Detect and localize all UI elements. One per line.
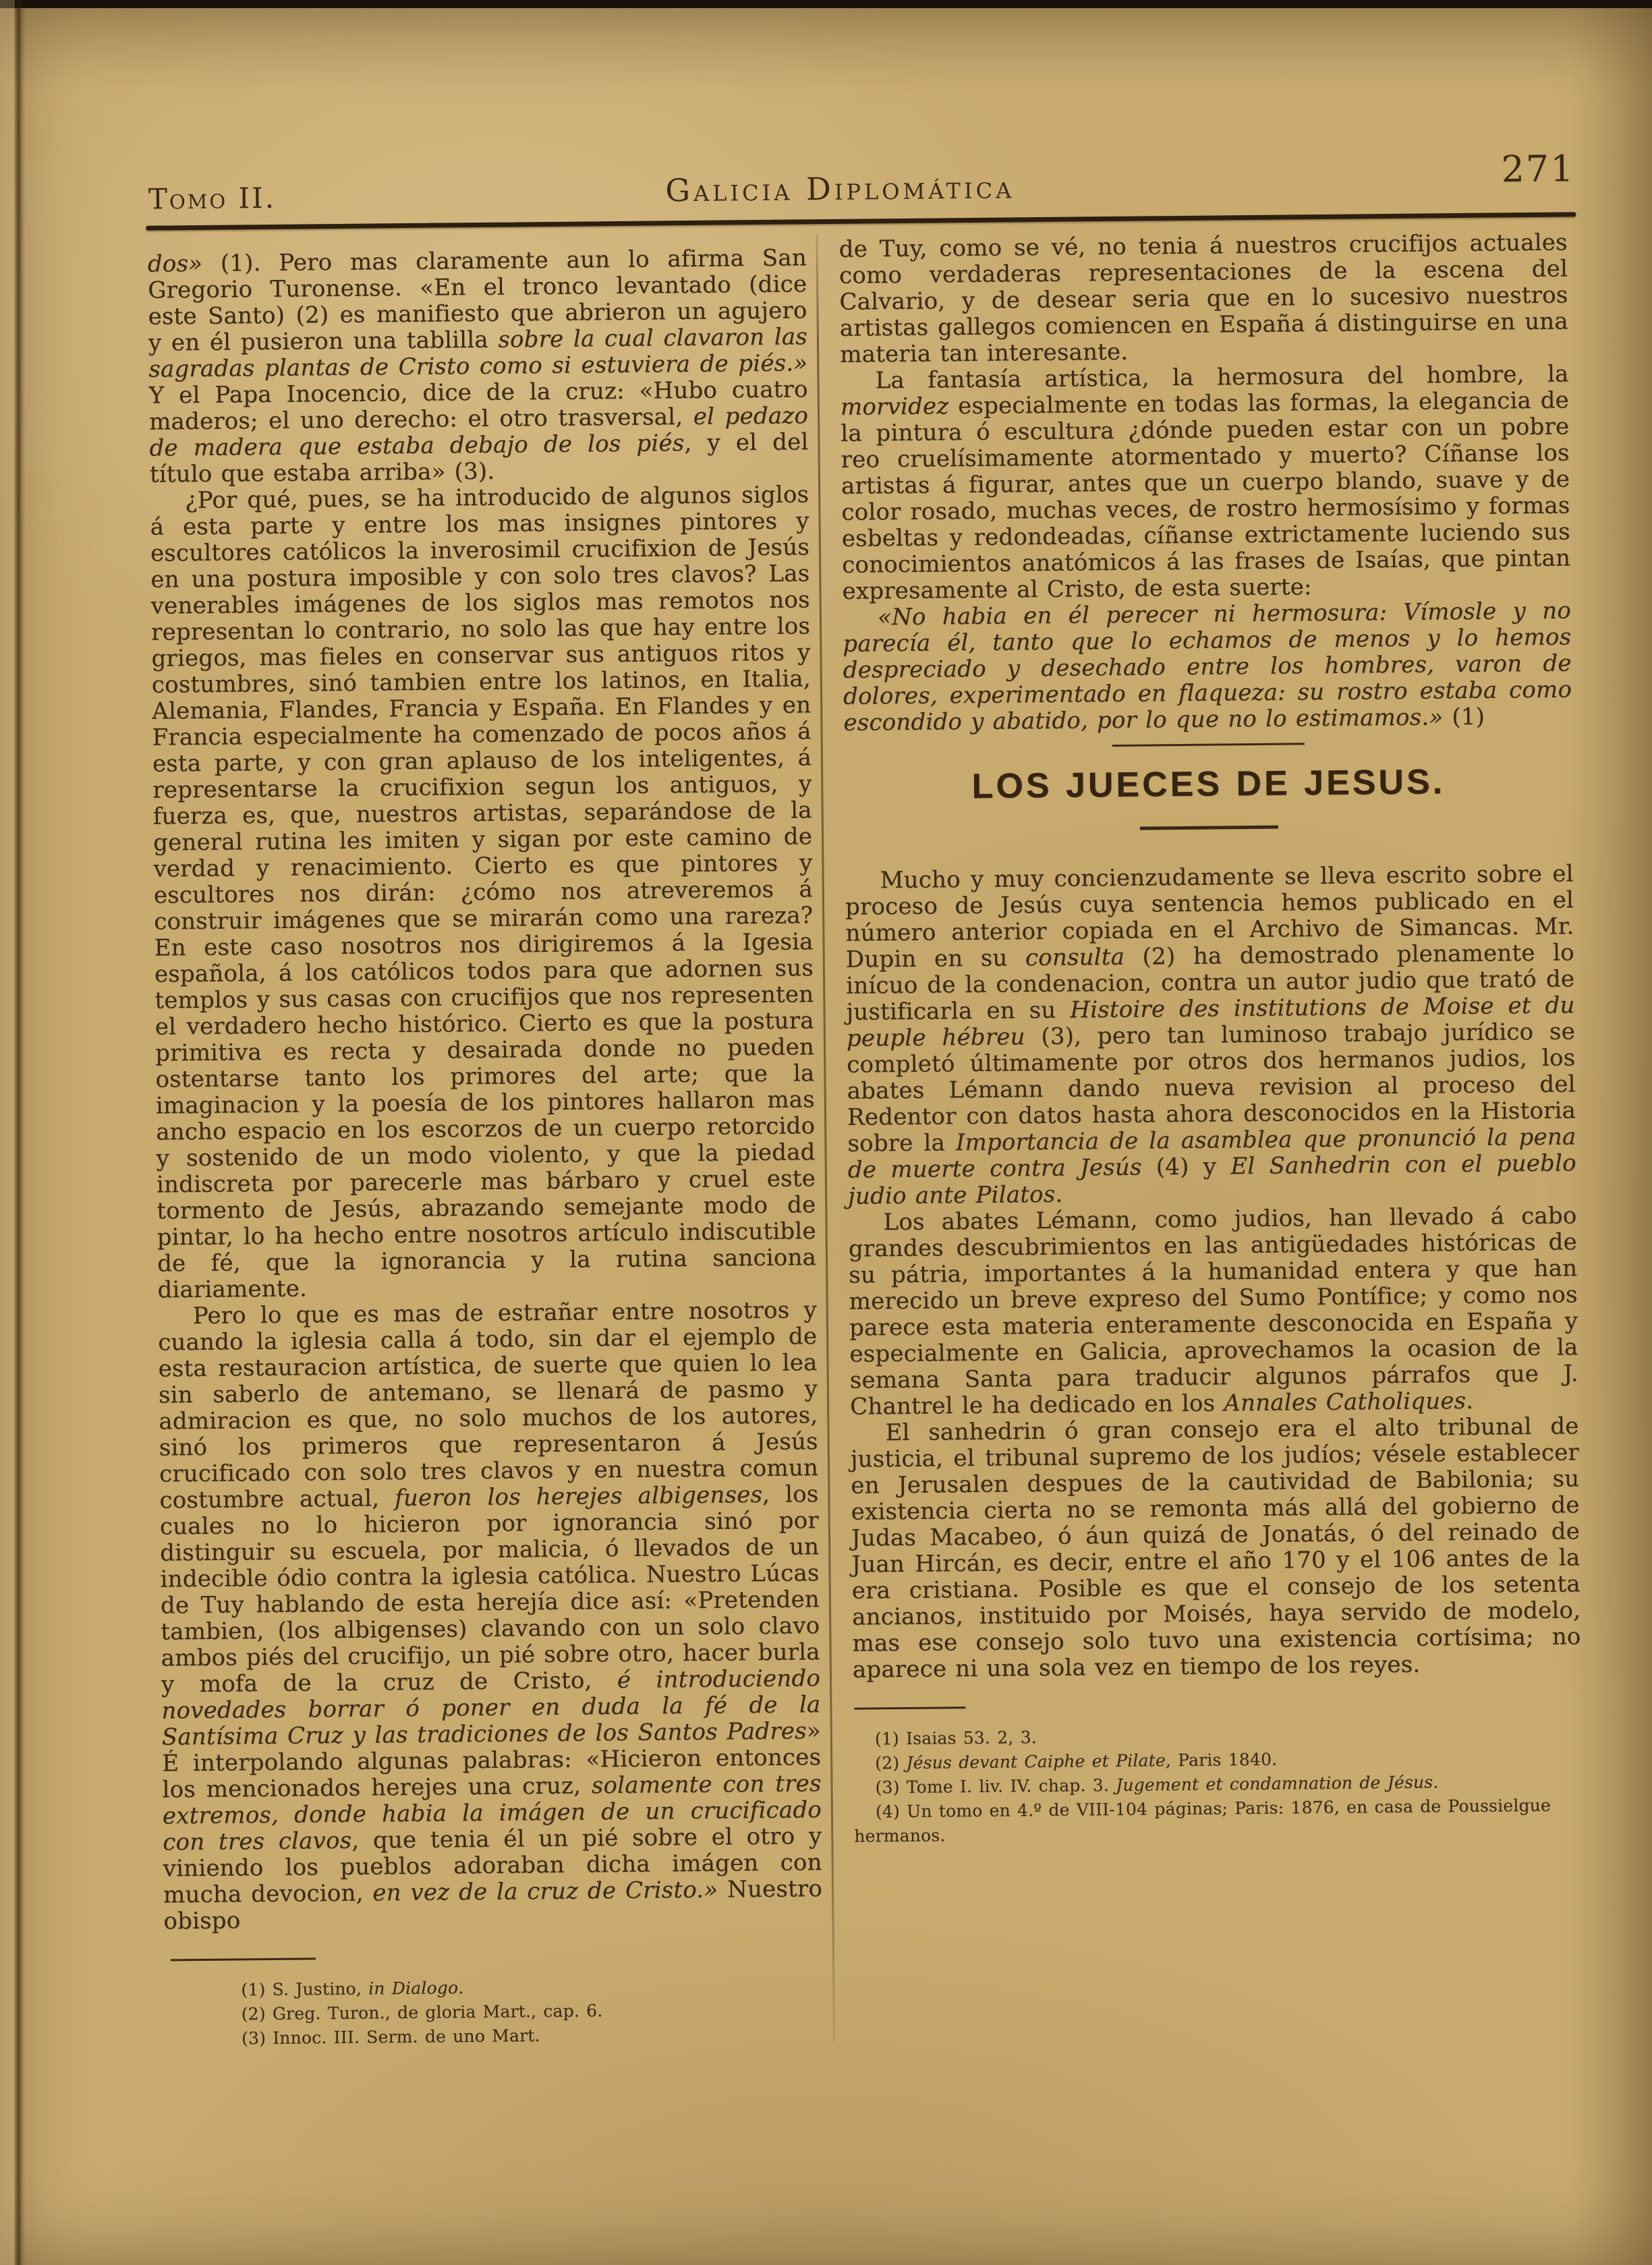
footnote: (3) Innoc. III. Serm. de uno Mart. xyxy=(220,2021,824,2051)
footnote-rule xyxy=(171,1957,316,1961)
paragraph: El sanhedrin ó gran consejo era el alto … xyxy=(850,1413,1581,1683)
heading-underline-rule xyxy=(1139,826,1278,830)
left-column-text: dos» (1). Pero mas claramente aun lo afi… xyxy=(148,245,823,1934)
publication-title: Galicia Diplomática xyxy=(665,169,1015,208)
right-footnotes: (1) Isaias 53. 2, 3.(2) Jésus devant Cai… xyxy=(853,1720,1583,1848)
paragraph: La fantasía artística, la hermosura del … xyxy=(840,361,1570,604)
paragraph: de Tuy, como se vé, no tenia á nuestros … xyxy=(839,229,1569,368)
paragraph: Mucho y muy concienzudamente se lleva es… xyxy=(845,861,1577,1209)
paragraph: Los abates Lémann, como judios, han llev… xyxy=(848,1203,1578,1420)
paragraph: Pero lo que es mas de estrañar entre nos… xyxy=(158,1297,823,1934)
paragraph: ¿Por qué, pues, se ha introducido de alg… xyxy=(150,482,817,1303)
volume-label: Tomo II. xyxy=(148,181,277,216)
paragraph: «No habia en él perecer ni hermosura: Ví… xyxy=(843,598,1572,736)
page-number: 271 xyxy=(1501,147,1575,190)
scanned-page: Tomo II. Galicia Diplomática 271 dos» (1… xyxy=(0,0,1652,2265)
right-column-text-top: de Tuy, como se vé, no tenia á nuestros … xyxy=(839,229,1572,736)
page-content: Tomo II. Galicia Diplomática 271 dos» (1… xyxy=(0,0,1652,2265)
left-footnotes: (1) S. Justino, in Dialogo.(2) Greg. Tur… xyxy=(219,1972,824,2051)
section-heading: LOS JUECES DE JESUS. xyxy=(844,768,1572,801)
right-column-text-bottom: Mucho y muy concienzudamente se lleva es… xyxy=(845,861,1582,1683)
right-column: de Tuy, como se vé, no tenia á nuestros … xyxy=(839,229,1583,1848)
footnote-rule xyxy=(854,1707,965,1710)
article-end-rule xyxy=(1112,743,1304,747)
left-column: dos» (1). Pero mas claramente aun lo afi… xyxy=(148,245,824,2051)
footnote: (4) Un tomo en 4.º de VIII-104 páginas; … xyxy=(854,1793,1583,1848)
paragraph: dos» (1). Pero mas claramente aun lo afi… xyxy=(148,245,809,488)
